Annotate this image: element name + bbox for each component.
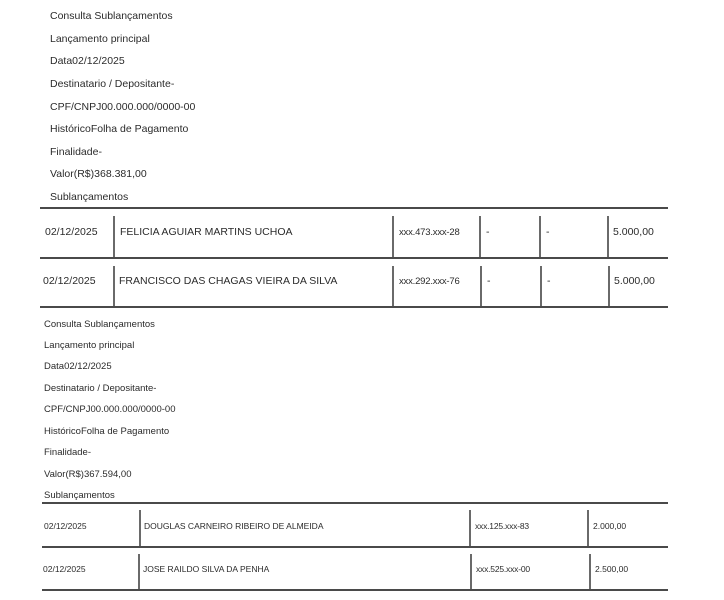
column-divider xyxy=(479,216,481,257)
column-divider xyxy=(113,216,115,257)
column-divider xyxy=(138,554,140,589)
destinatario-field: Destinatario / Depositante- xyxy=(50,78,174,90)
column-divider xyxy=(589,554,591,589)
row-value: 5.000,00 xyxy=(614,275,655,287)
finalidade-field: Finalidade- xyxy=(50,146,102,158)
row-value: 2.000,00 xyxy=(593,521,626,531)
row-col4: - xyxy=(486,226,490,238)
historico-field: HistóricoFolha de Pagamento xyxy=(50,123,188,135)
column-divider xyxy=(470,554,472,589)
column-divider xyxy=(469,510,471,546)
row-date: 02/12/2025 xyxy=(43,564,86,574)
column-divider xyxy=(392,266,394,306)
column-divider xyxy=(587,510,589,546)
sublancamentos-heading: Sublançamentos xyxy=(50,191,128,203)
table-divider xyxy=(40,306,668,308)
section-title: Consulta Sublançamentos xyxy=(50,10,173,22)
row-cpf: xxx.473.xxx-28 xyxy=(399,227,460,238)
row-name: FELICIA AGUIAR MARTINS UCHOA xyxy=(120,226,293,238)
section-subtitle: Lançamento principal xyxy=(50,33,150,45)
data-field: Data02/12/2025 xyxy=(50,55,125,67)
table-divider xyxy=(42,502,668,504)
table-divider xyxy=(40,257,668,259)
row-cpf: xxx.292.xxx-76 xyxy=(399,276,460,287)
column-divider xyxy=(540,266,542,306)
valor-field: Valor(R$)367.594,00 xyxy=(44,469,132,480)
column-divider xyxy=(139,510,141,546)
historico-field: HistóricoFolha de Pagamento xyxy=(44,426,169,437)
table-divider xyxy=(42,589,668,591)
sublancamentos-heading: Sublançamentos xyxy=(44,490,115,501)
row-date: 02/12/2025 xyxy=(44,521,87,531)
row-date: 02/12/2025 xyxy=(43,275,96,287)
column-divider xyxy=(480,266,482,306)
row-name: DOUGLAS CARNEIRO RIBEIRO DE ALMEIDA xyxy=(144,521,323,531)
destinatario-field: Destinatario / Depositante- xyxy=(44,383,156,394)
row-cpf: xxx.525.xxx-00 xyxy=(476,564,530,574)
column-divider xyxy=(392,216,394,257)
column-divider xyxy=(539,216,541,257)
finalidade-field: Finalidade- xyxy=(44,447,91,458)
valor-field: Valor(R$)368.381,00 xyxy=(50,168,147,180)
row-name: FRANCISCO DAS CHAGAS VIEIRA DA SILVA xyxy=(119,275,337,287)
section-subtitle: Lançamento principal xyxy=(44,340,134,351)
row-col4: - xyxy=(487,275,491,287)
column-divider xyxy=(608,266,610,306)
row-cpf: xxx.125.xxx-83 xyxy=(475,521,529,531)
column-divider xyxy=(113,266,115,306)
row-value: 2.500,00 xyxy=(595,564,628,574)
cpf-cnpj-field: CPF/CNPJ00.000.000/0000-00 xyxy=(50,101,195,113)
row-col5: - xyxy=(547,275,551,287)
data-field: Data02/12/2025 xyxy=(44,361,112,372)
section-title: Consulta Sublançamentos xyxy=(44,319,155,330)
table-divider xyxy=(42,546,668,548)
row-value: 5.000,00 xyxy=(613,226,654,238)
row-name: JOSE RAILDO SILVA DA PENHA xyxy=(143,564,269,574)
row-col5: - xyxy=(546,226,550,238)
table-divider xyxy=(40,207,668,209)
row-date: 02/12/2025 xyxy=(45,226,98,238)
cpf-cnpj-field: CPF/CNPJ00.000.000/0000-00 xyxy=(44,404,176,415)
column-divider xyxy=(607,216,609,257)
